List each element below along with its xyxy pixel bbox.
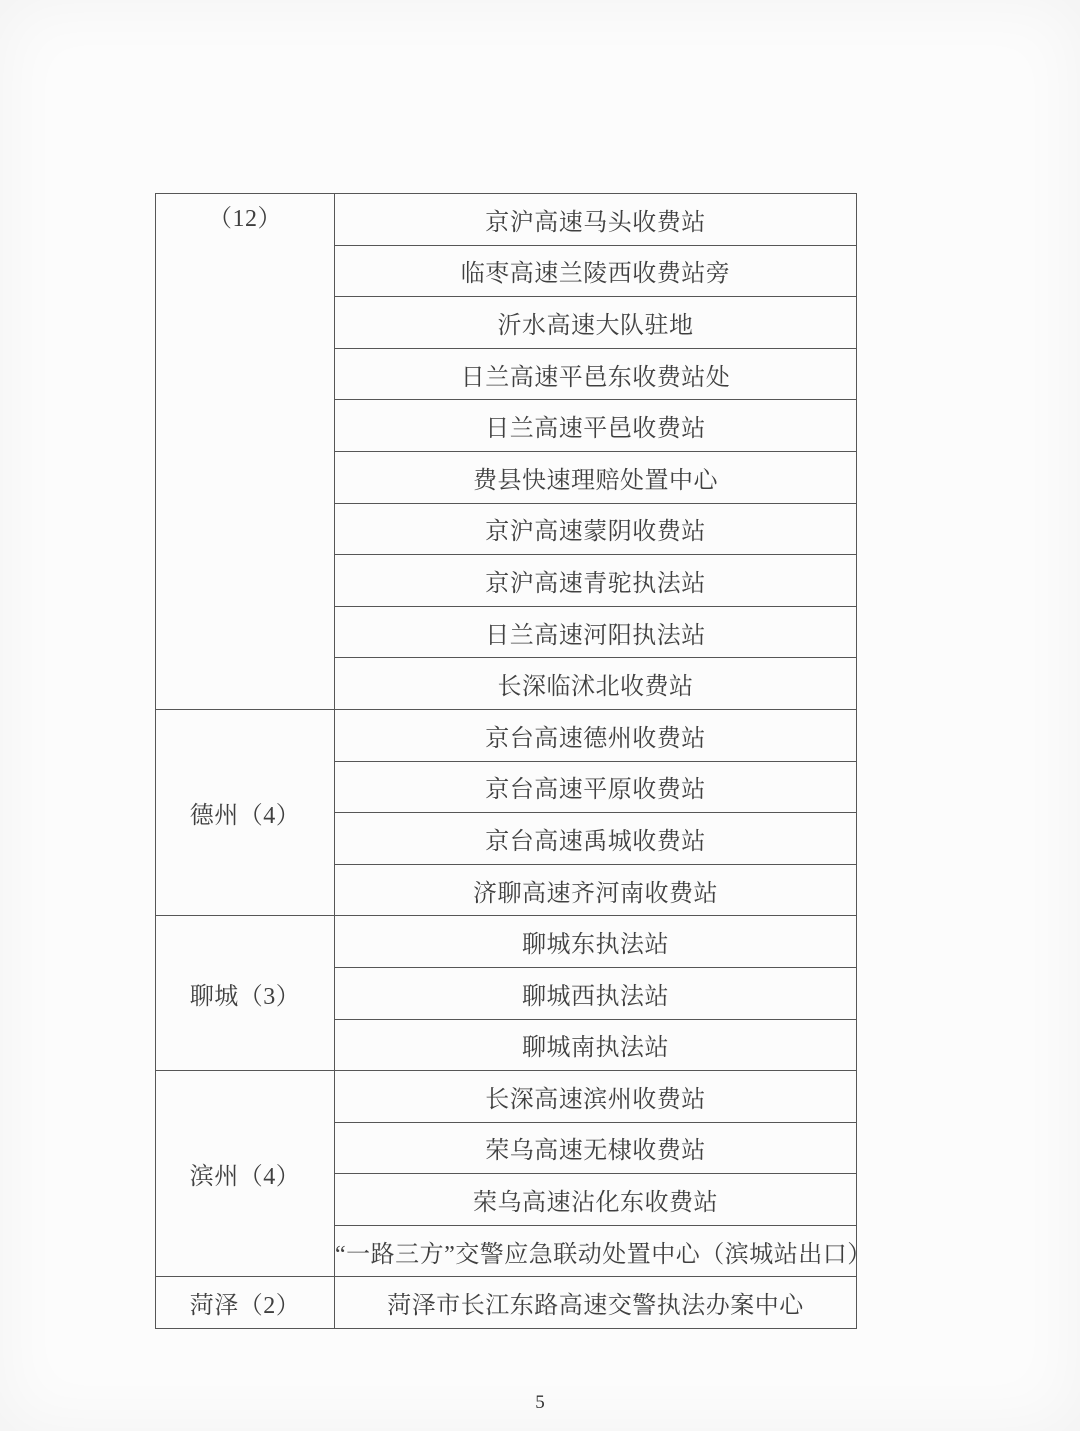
station-cell: 京台高速禹城收费站 [335, 813, 857, 865]
station-cell: 京沪高速马头收费站 [335, 194, 857, 246]
region-label-cell: 德州（4） [156, 709, 335, 915]
table-row: 滨州（4） 长深高速滨州收费站 [156, 1071, 857, 1123]
document-page: { "page": { "number": "5" }, "table": { … [0, 0, 1080, 1431]
region-label: 德州（4） [190, 803, 301, 829]
station-cell: 临枣高速兰陵西收费站旁 [335, 245, 857, 297]
station-cell: 聊城东执法站 [335, 916, 857, 968]
station-cell: 济聊高速齐河南收费站 [335, 864, 857, 916]
station-cell: 费县快速理赔处置中心 [335, 451, 857, 503]
region-label: 菏泽（2） [190, 1293, 301, 1319]
region-label-cell: （12） [156, 194, 335, 710]
station-cell: 日兰高速河阳执法站 [335, 606, 857, 658]
region-label: 聊城（3） [190, 984, 301, 1010]
station-cell: 日兰高速平邑东收费站处 [335, 348, 857, 400]
region-label: 滨州（4） [190, 1164, 301, 1190]
station-cell: 日兰高速平邑收费站 [335, 400, 857, 452]
station-cell: 聊城南执法站 [335, 1019, 857, 1071]
region-label-cell: 菏泽（2） [156, 1277, 335, 1329]
table-row: （12） 京沪高速马头收费站 [156, 194, 857, 246]
station-cell: 京沪高速蒙阴收费站 [335, 503, 857, 555]
table-row: 德州（4） 京台高速德州收费站 [156, 709, 857, 761]
station-cell: 长深高速滨州收费站 [335, 1071, 857, 1123]
region-label-cell: 聊城（3） [156, 916, 335, 1071]
region-label: （12） [156, 194, 334, 245]
station-cell: 菏泽市长江东路高速交警执法办案中心 [335, 1277, 857, 1329]
station-cell: 聊城西执法站 [335, 967, 857, 1019]
station-cell: 京沪高速青驼执法站 [335, 555, 857, 607]
table-row: 聊城（3） 聊城东执法站 [156, 916, 857, 968]
region-label-cell: 滨州（4） [156, 1071, 335, 1277]
table-row: 菏泽（2） 菏泽市长江东路高速交警执法办案中心 [156, 1277, 857, 1329]
station-cell: 荣乌高速无棣收费站 [335, 1122, 857, 1174]
station-cell: 沂水高速大队驻地 [335, 297, 857, 349]
station-cell: 荣乌高速沾化东收费站 [335, 1174, 857, 1226]
page-number: 5 [0, 1392, 1080, 1414]
station-cell: “一路三方”交警应急联动处置中心（滨城站出口） [335, 1225, 857, 1277]
station-table: （12） 京沪高速马头收费站 临枣高速兰陵西收费站旁 沂水高速大队驻地 日兰高速… [155, 193, 857, 1329]
station-cell: 京台高速平原收费站 [335, 761, 857, 813]
station-cell: 京台高速德州收费站 [335, 709, 857, 761]
station-cell: 长深临沭北收费站 [335, 658, 857, 710]
